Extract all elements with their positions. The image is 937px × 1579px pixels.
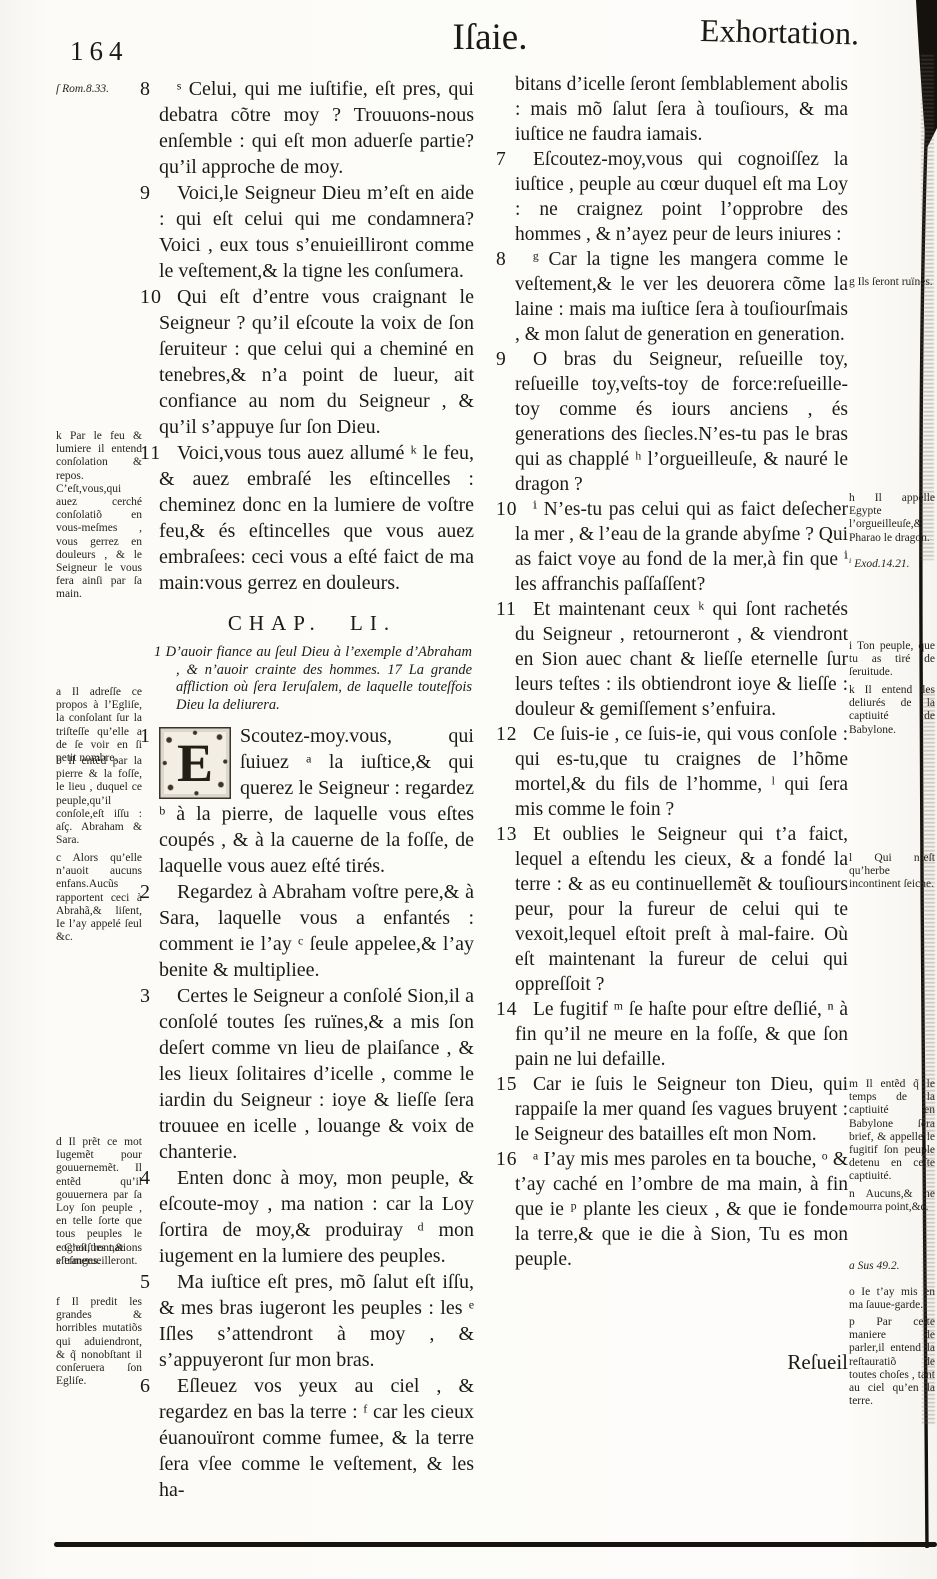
verse-number: 12 xyxy=(496,722,518,747)
verse-L51-4: 4Enten donc à moy, mon peuple, & eſcoute… xyxy=(140,1165,474,1269)
verse-number: 3 xyxy=(140,983,151,1009)
verse-L51-1: 1EScoutez-moy.vous, qui ſuiuez ᵃ la iuſt… xyxy=(140,723,474,879)
bleedthrough-smudge xyxy=(922,690,935,1135)
verse-number: 16 xyxy=(496,1147,518,1172)
verse-number: 2 xyxy=(140,879,151,905)
verse-text: Eſleuez vos yeux au ciel , & regardez en… xyxy=(159,1375,474,1501)
verse-R13: 13Et oublies le Seigneur qui t’a faict, … xyxy=(496,822,848,997)
verse-text: Voici,vous tous auez allumé ᵏ le feu, & … xyxy=(159,442,474,594)
verse-L11: 11Voici,vous tous auez allumé ᵏ le feu, … xyxy=(140,440,474,596)
right-text-column: bitans d’icelle ſeront ſemblablement abo… xyxy=(496,72,848,1272)
chapter-summary: 1 D’auoir fiance au ſeul Dieu à l’exempl… xyxy=(154,644,472,714)
verse-text: Car ie ſuis le Seigneur ton Dieu, qui ra… xyxy=(515,1074,848,1145)
verse-text: Et oublies le Seigneur qui t’a faict, le… xyxy=(515,824,848,995)
chapter-heading: CHAP. LI. xyxy=(150,610,474,636)
verse-L8: 8ˢ Celui, qui me iuſtifie, eſt pres, qui… xyxy=(140,76,474,180)
verse-L51-6: 6Eſleuez vos yeux au ciel , & regardez e… xyxy=(140,1373,474,1503)
verse-R10: 10ⁱ N’es-tu pas celui qui as faict deſec… xyxy=(496,497,848,597)
verse-number: 4 xyxy=(140,1165,151,1191)
bleedthrough-smudge xyxy=(922,1150,935,1425)
verse-number: 5 xyxy=(140,1269,151,1295)
right-column-verses: 7Eſcoutez-moy,vous qui cognoiſſez la iuſ… xyxy=(496,147,848,1272)
verse-L51-2: 2Regardez à Abraham voſtre pere,& à Sara… xyxy=(140,879,474,983)
verse-number: 11 xyxy=(140,440,161,466)
verse-L51-5: 5Ma iuſtice eſt pres, mõ ſalut eſt iſſu,… xyxy=(140,1269,474,1373)
verse-number: 1 xyxy=(140,723,151,749)
dropcap-initial: E xyxy=(159,727,231,799)
verse-number: 13 xyxy=(496,822,518,847)
verse-number: 8 xyxy=(496,247,507,272)
verse-text: ᵃ I’ay mis mes paroles en ta bouche, ᵒ &… xyxy=(515,1149,848,1270)
verse-text: Enten donc à moy, mon peuple, & eſcoute-… xyxy=(159,1167,474,1267)
verse-number: 8 xyxy=(140,76,151,102)
left-margin-note: e C’eſt, les nations eſtranges. xyxy=(56,1242,142,1268)
verse-R11: 11Et maintenant ceux ᵏ qui ſont rachetés… xyxy=(496,597,848,722)
verse-number: 7 xyxy=(496,147,507,172)
bleedthrough-smudge xyxy=(921,55,934,560)
left-margin-note: a Il adreſſe ce propos à l’Egliſe, la co… xyxy=(56,686,142,765)
left-margin-note: b Il entẽd par la pierre & la foſſe, le … xyxy=(56,755,142,847)
verse-number: 14 xyxy=(496,997,518,1022)
verse-text: Le fugitif ᵐ ſe haſte pour eſtre deſlié,… xyxy=(515,999,848,1070)
verse-L9: 9Voici,le Seigneur Dieu m’eſt en aide : … xyxy=(140,180,474,284)
verse-text: ᵍ Car la tigne les mangera comme le veſt… xyxy=(515,249,848,345)
verse-number: 10 xyxy=(496,497,518,522)
catchword: Reſueil xyxy=(630,1350,848,1375)
left-margin-note: c Alors qu’elle n’auoit aucuns enfans.Au… xyxy=(56,852,142,944)
verse-R16: 16ᵃ I’ay mis mes paroles en ta bouche, ᵒ… xyxy=(496,1147,848,1272)
verse-text: Qui eſt d’entre vous craignant le Seigne… xyxy=(159,286,474,438)
bottom-rule xyxy=(54,1542,937,1547)
verse-number: 9 xyxy=(496,347,507,372)
verse-text: Ce ſuis-ie , ce ſuis-ie, qui vous conſol… xyxy=(515,724,848,820)
verse-number: 11 xyxy=(496,597,517,622)
verse-number: 9 xyxy=(140,180,151,206)
verse-R8: 8ᵍ Car la tigne les mangera comme le veſ… xyxy=(496,247,848,347)
continuation-paragraph: bitans d’icelle ſeront ſemblablement abo… xyxy=(496,72,848,147)
verse-number: 10 xyxy=(140,284,162,310)
verse-R9: 9O bras du Seigneur, reſueille toy, reſu… xyxy=(496,347,848,497)
verses-before-chapter: 8ˢ Celui, qui me iuſtifie, eſt pres, qui… xyxy=(140,76,474,596)
verse-text: O bras du Seigneur, reſueille toy, reſue… xyxy=(515,349,848,495)
left-text-column: 8ˢ Celui, qui me iuſtifie, eſt pres, qui… xyxy=(140,76,474,1503)
verse-text: Eſcoutez-moy,vous qui cognoiſſez la iuſt… xyxy=(515,149,848,245)
scanned-bible-page: 164 Iſaie. Exhortation. ſ Rom.8.33.k Par… xyxy=(0,0,937,1579)
dropcap-letter: E xyxy=(159,731,231,795)
verse-text: Voici,le Seigneur Dieu m’eſt en aide : q… xyxy=(159,182,474,282)
verse-text: Certes le Seigneur a conſolé Sion,il a c… xyxy=(159,985,474,1163)
verse-text: Ma iuſtice eſt pres, mõ ſalut eſt iſſu, … xyxy=(159,1271,474,1371)
verse-number: 6 xyxy=(140,1373,151,1399)
verse-R7: 7Eſcoutez-moy,vous qui cognoiſſez la iuſ… xyxy=(496,147,848,247)
verse-R15: 15Car ie ſuis le Seigneur ton Dieu, qui … xyxy=(496,1072,848,1147)
verses-after-chapter: 1EScoutez-moy.vous, qui ſuiuez ᵃ la iuſt… xyxy=(140,723,474,1503)
verse-text: Regardez à Abraham voſtre pere,& à Sara,… xyxy=(159,881,474,981)
verse-R14: 14Le fugitif ᵐ ſe haſte pour eſtre deſli… xyxy=(496,997,848,1072)
page-edge-shadow xyxy=(903,0,937,1560)
left-margin-note: k Par le feu & lumiere il entend conſola… xyxy=(56,430,142,602)
verse-R12: 12Ce ſuis-ie , ce ſuis-ie, qui vous conſ… xyxy=(496,722,848,822)
verse-text: Et maintenant ceux ᵏ qui ſont rachetés d… xyxy=(515,599,848,720)
left-margin-note: ſ Rom.8.33. xyxy=(56,83,142,96)
left-margin-notes: ſ Rom.8.33.k Par le feu & lumiere il ent… xyxy=(56,0,142,1560)
left-margin-note: f Il predit les grandes & horribles muta… xyxy=(56,1296,142,1388)
verse-text: ˢ Celui, qui me iuſtifie, eſt pres, qui … xyxy=(159,78,474,178)
running-title: Iſaie. xyxy=(330,16,650,59)
verse-number: 15 xyxy=(496,1072,518,1097)
verse-L10: 10Qui eſt d’entre vous craignant le Seig… xyxy=(140,284,474,440)
verse-text: ⁱ N’es-tu pas celui qui as faict deſeche… xyxy=(515,499,848,595)
verse-L51-3: 3Certes le Seigneur a conſolé Sion,il a … xyxy=(140,983,474,1165)
